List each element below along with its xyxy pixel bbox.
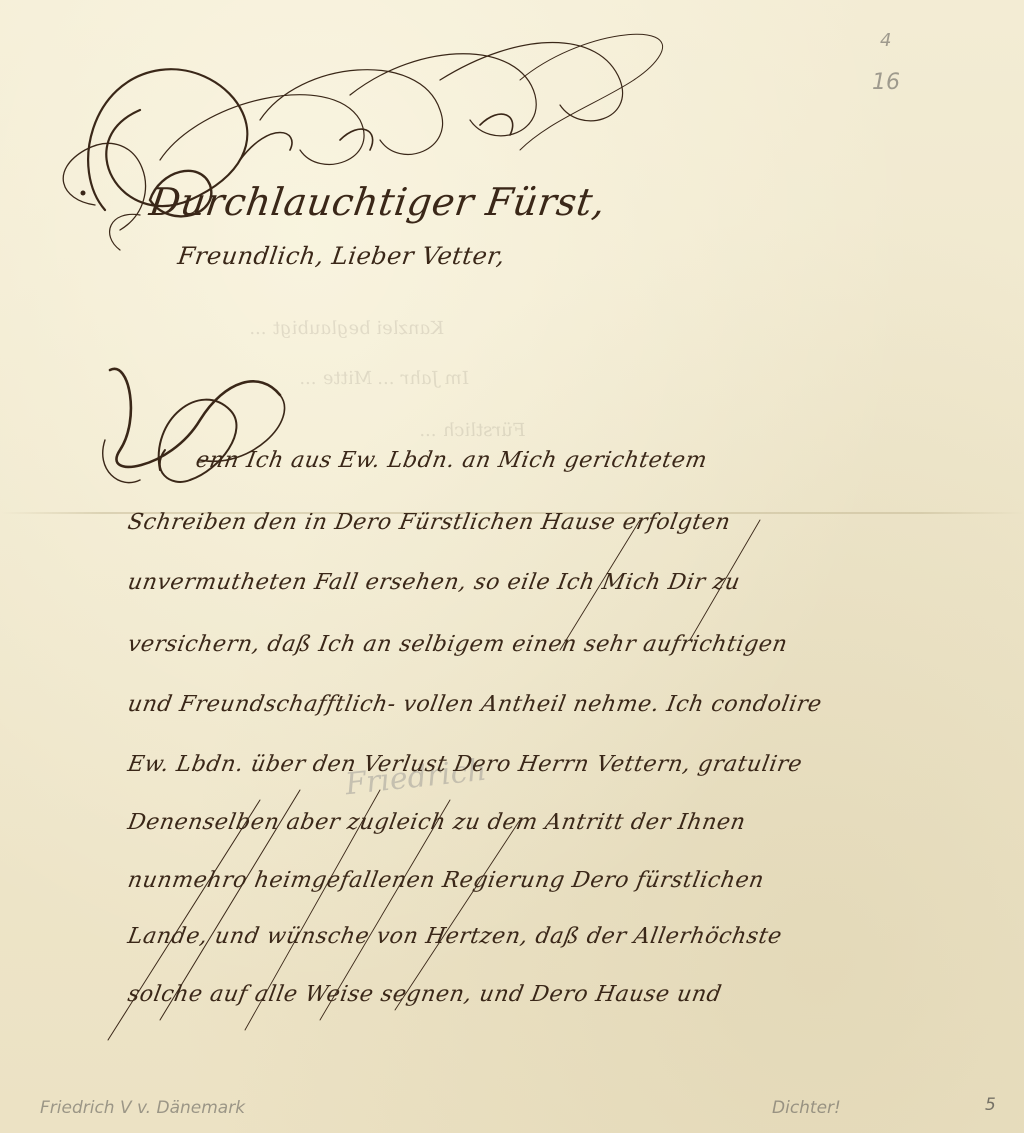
pencil-page-number: 5 xyxy=(985,1095,996,1115)
salutation-line-1: Durchlauchtiger Fürst, xyxy=(147,180,608,224)
pencil-note-attribution: Friedrich V v. Dänemark xyxy=(40,1098,245,1118)
show-through-text: Kanzlei beglaubigt ... xyxy=(249,318,446,339)
show-through-text: Im Jahr ... Mitte ... xyxy=(299,368,471,389)
letter-line: Lande, und wünsche von Hertzen, daß der … xyxy=(126,924,784,949)
letter-line: Schreiben den in Dero Fürstlichen Hause … xyxy=(126,510,733,535)
letter-line: unvermutheten Fall ersehen, so eile Ich … xyxy=(126,570,742,595)
pencil-number: 4 xyxy=(880,30,891,51)
letter-line: nunmehro heimgefallenen Regierung Dero f… xyxy=(126,868,766,893)
pencil-number: 16 xyxy=(872,70,900,95)
letter-line: enn Ich aus Ew. Lbdn. an Mich gerichtete… xyxy=(194,448,709,473)
letter-line: solche auf alle Weise segnen, und Dero H… xyxy=(126,982,724,1007)
letter-line: und Freundschafftlich- vollen Antheil ne… xyxy=(126,692,824,717)
show-through-text: Fürstlich ... xyxy=(419,420,527,441)
letter-line: versichern, daß Ich an selbigem einen se… xyxy=(126,632,790,657)
letter-line: Ew. Lbdn. über den Verlust Dero Herrn Ve… xyxy=(126,752,804,777)
salutation-line-2: Freundlich, Lieber Vetter, xyxy=(176,242,507,270)
pencil-note-remark: Dichter! xyxy=(772,1098,841,1118)
letter-page: Kanzlei beglaubigt ... Im Jahr ... Mitte… xyxy=(0,0,1024,1133)
calligraphic-flourish-icon xyxy=(0,0,1024,1133)
letter-line: Denenselben aber zugleich zu dem Antritt… xyxy=(126,810,748,835)
